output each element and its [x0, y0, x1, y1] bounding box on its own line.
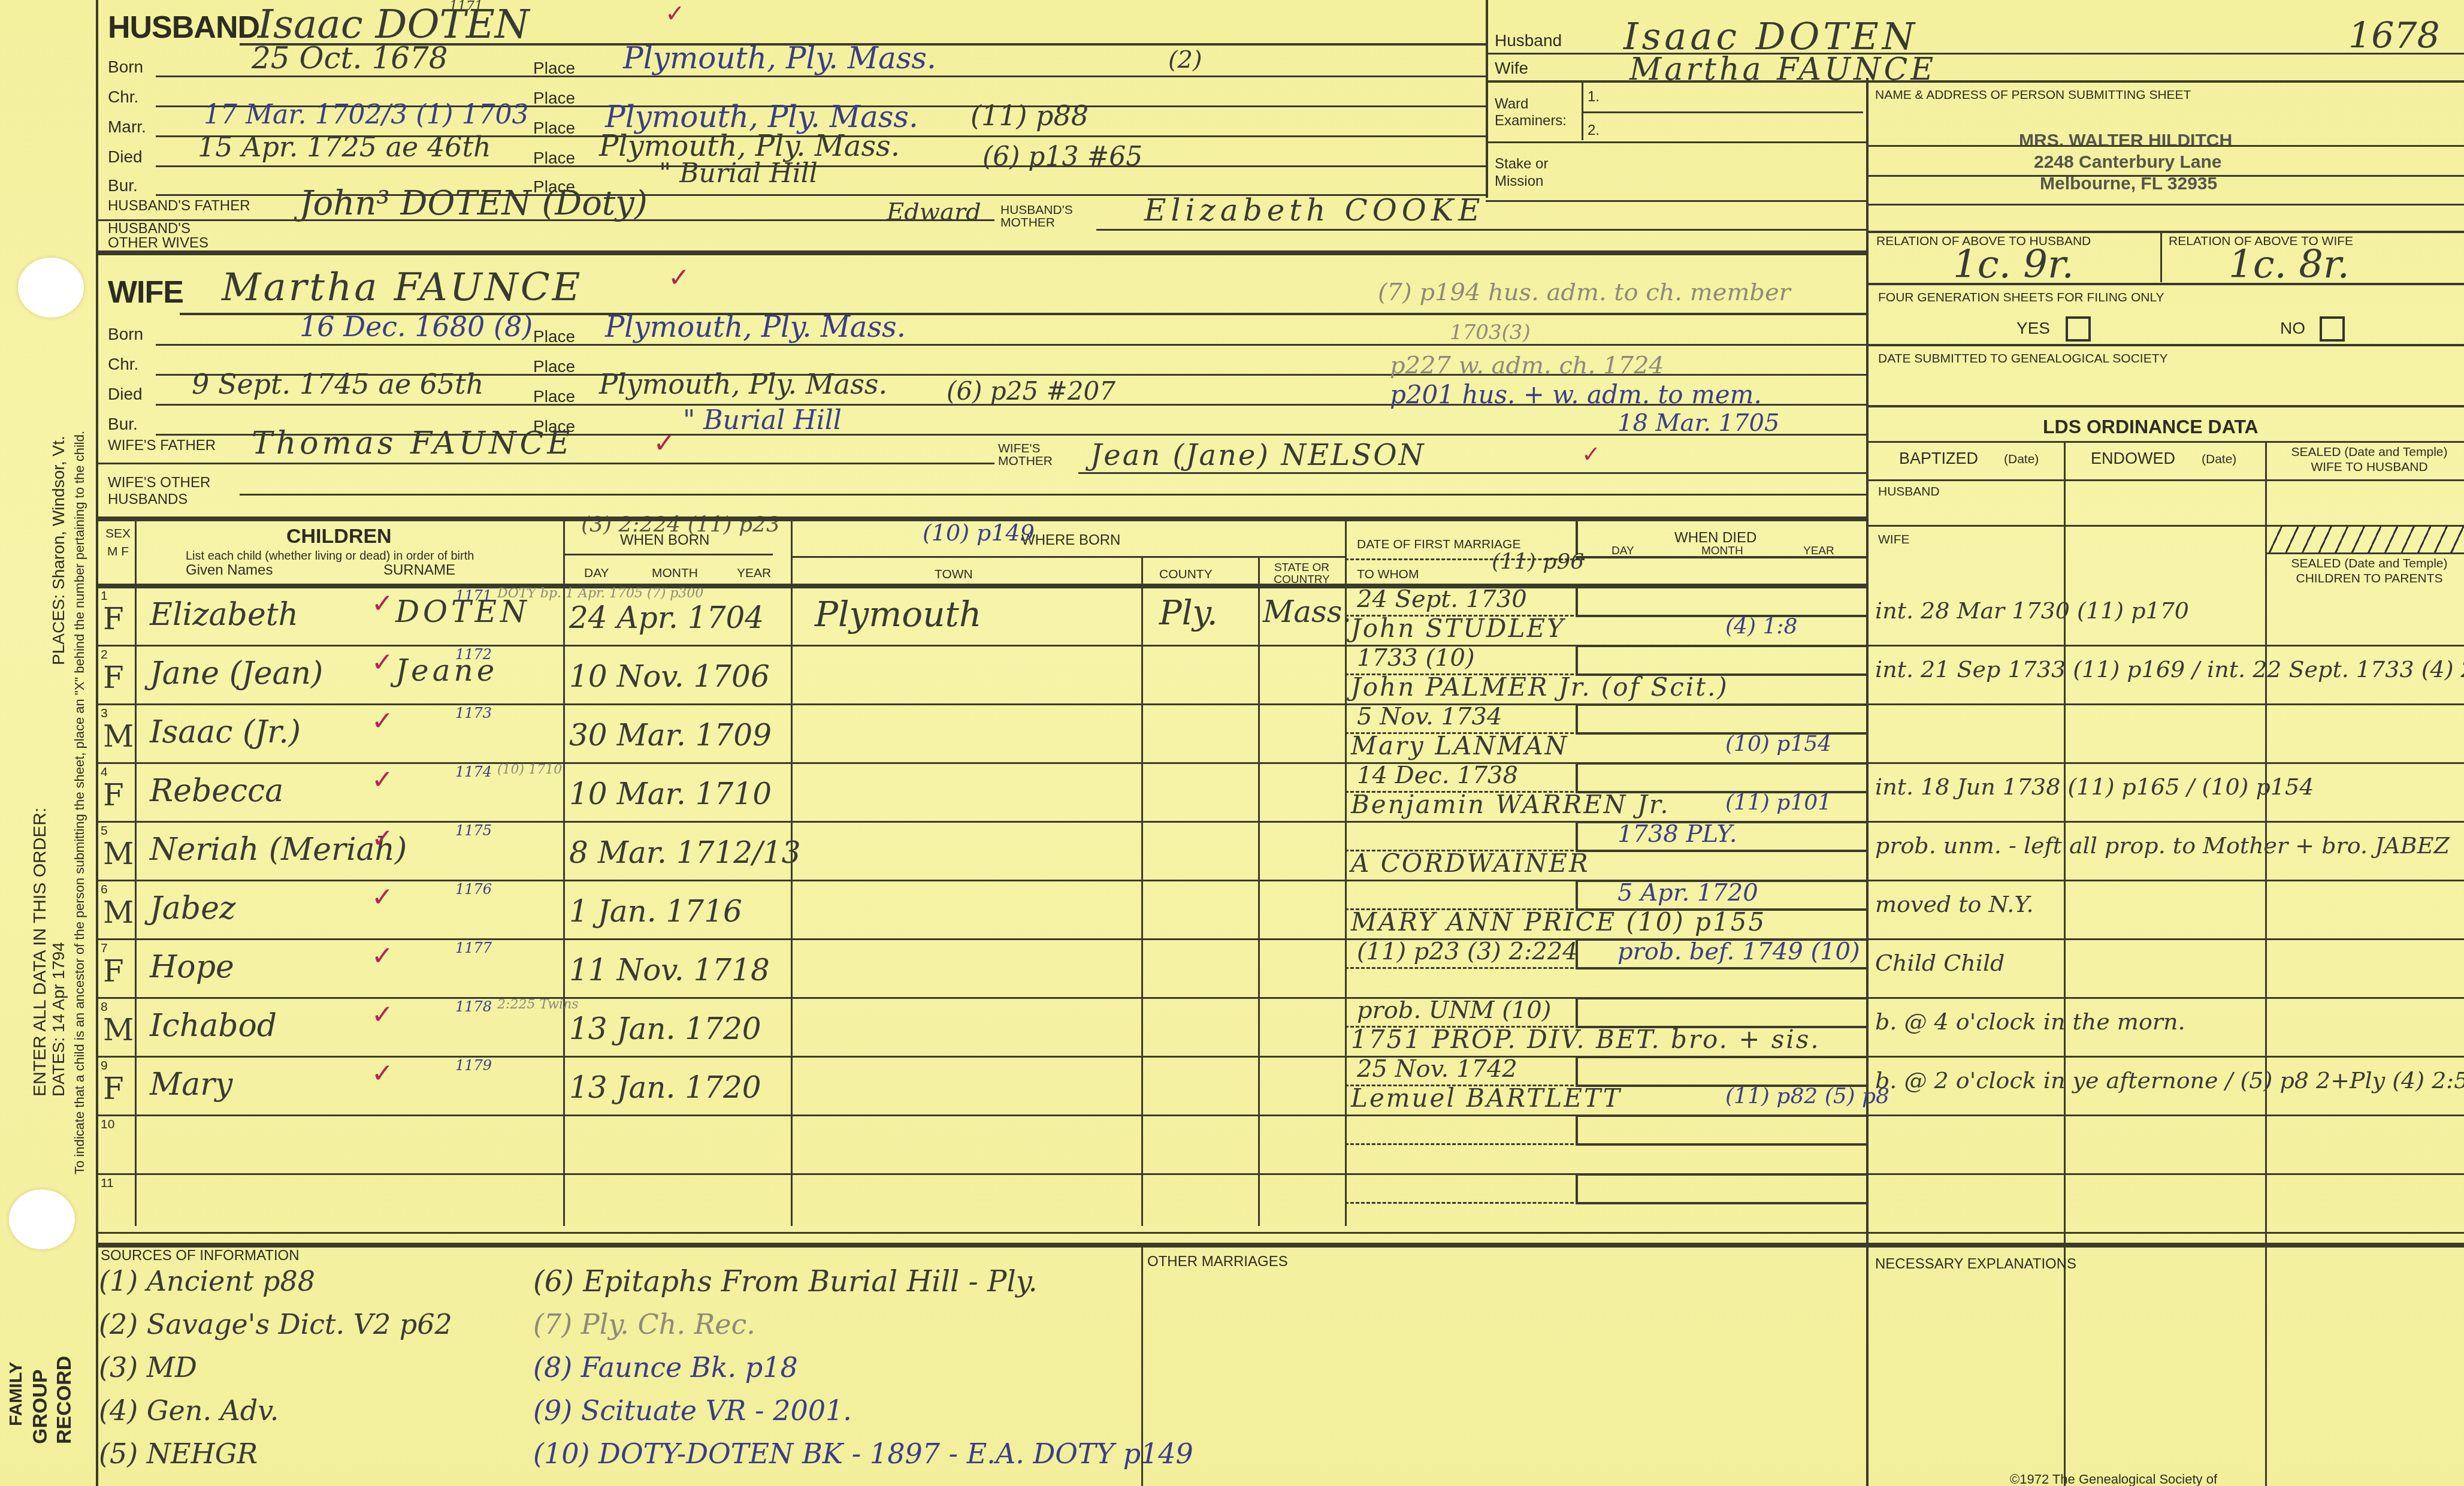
child-spouse[interactable]: 1751 PROP. DIV. BET. bro. + sis.	[1351, 1027, 1821, 1052]
four-gen-label: FOUR GENERATION SHEETS FOR FILING ONLY	[1878, 291, 2164, 304]
given-names-header: Given Names	[186, 563, 273, 578]
children-hint: List each child (whether living or dead)…	[186, 550, 474, 562]
source-item: (1) Ancient p88	[99, 1267, 315, 1295]
sealed-hatch	[2266, 526, 2464, 552]
notes-divider	[1866, 703, 2464, 705]
notes-divider	[1866, 1232, 2464, 1234]
year-header: YEAR	[737, 567, 771, 579]
husband-died-label: Died	[108, 149, 143, 165]
row-divider	[96, 1232, 1345, 1234]
first-marriage-note: (11) p96	[1492, 551, 1584, 573]
row-divider	[96, 1173, 1345, 1175]
punch-hole-bottom	[9, 1189, 75, 1249]
notes-divider	[1866, 821, 2464, 823]
wife-mother-label: WIFE'S MOTHER	[998, 442, 1082, 467]
husband-section-label: HUSBAND	[108, 12, 259, 43]
child-sex[interactable]: F	[103, 663, 124, 693]
when-born-note: (3) 2:224 (11) p23	[581, 514, 780, 536]
header-year: 1678	[2348, 18, 2440, 54]
form-title-group: GROUP	[29, 1369, 52, 1444]
husband-born-label: Born	[108, 59, 143, 75]
child-birth-note: DOTY bp. 1 Apr. 1705 (7) p300	[497, 587, 703, 600]
child-number: 3	[101, 707, 108, 720]
header-husband-name[interactable]: Isaac DOTEN	[1623, 18, 1918, 55]
wife-church-note-2: 1703(3)	[1450, 322, 1531, 343]
child-number: 10	[101, 1118, 114, 1131]
source-item: (10) DOTY-DOTEN BK - 1897 - E.A. DOTY p1…	[533, 1440, 1193, 1467]
child-birth-date[interactable]: 10 Nov. 1706	[569, 662, 770, 691]
husband-bur-label: Bur.	[108, 177, 138, 194]
wife-check-mark: ✓	[668, 262, 690, 293]
state-header: STATE OR COUNTRY	[1263, 562, 1341, 586]
child-notes[interactable]: Child Child	[1875, 952, 2005, 974]
died-box-top	[1576, 1114, 1866, 1117]
died-box-bottom	[1576, 615, 1866, 617]
child-check-mark: ✓	[371, 999, 394, 1030]
child-record-id: 1175	[455, 823, 492, 838]
first-marriage-header: DATE OF FIRST MARRIAGE	[1357, 538, 1520, 551]
died-box-top	[1576, 703, 1866, 706]
wife-born-place[interactable]: Plymouth, Ply. Mass.	[605, 313, 906, 342]
child-record-id: 1176	[455, 882, 492, 896]
child-notes[interactable]: b. @ 4 o'clock in the morn.	[1875, 1010, 2185, 1033]
child-record-id: 1179	[455, 1058, 492, 1073]
spouse-divider	[1345, 1232, 1866, 1234]
child-notes[interactable]: int. 28 Mar 1730 (11) p170	[1875, 599, 2189, 622]
sources-label: SOURCES OF INFORMATION	[101, 1249, 300, 1263]
child-birth-note: (10) 1710	[497, 763, 562, 777]
husband-father-label: HUSBAND'S FATHER	[108, 199, 250, 213]
child-number: 8	[101, 1001, 108, 1013]
ancestor-instruction: To indicate that a child is an ancestor …	[72, 431, 87, 1174]
wife-died-date[interactable]: 9 Sept. 1745 ae 65th	[192, 370, 483, 398]
died-box-bottom	[1576, 967, 1866, 969]
husband-other-wives-label: HUSBAND'S OTHER WIVES	[108, 222, 228, 250]
row-divider	[96, 645, 1345, 647]
relation-wife-value[interactable]: 1c. 8r.	[2229, 246, 2350, 284]
sealed-children-label: SEALED (Date and Temple) CHILDREN TO PAR…	[2282, 556, 2456, 586]
lds-title: LDS ORDINANCE DATA	[2043, 417, 2259, 436]
child-notes[interactable]: int. 21 Sep 1733 (11) p169 / int. 22 Sep…	[1875, 658, 2464, 681]
child-spouse[interactable]: MARY ANN PRICE (10) p155	[1351, 910, 1766, 935]
wife-name[interactable]: Martha FAUNCE	[222, 268, 582, 307]
children-header: CHILDREN	[286, 526, 392, 546]
marriage-date-divider	[1345, 1143, 1585, 1145]
died-box-left	[1576, 645, 1578, 673]
husband-died-date[interactable]: 15 Apr. 1725 ae 46th	[198, 133, 491, 161]
wife-born-date[interactable]: 16 Dec. 1680 (8)	[300, 313, 533, 340]
county-header: COUNTY	[1159, 568, 1213, 581]
stake-mission-label: Stake or Mission	[1495, 156, 1561, 191]
died-box-bottom	[1576, 1202, 1866, 1204]
row-divider	[96, 1056, 1345, 1058]
husband-marr-label: Marr.	[108, 119, 146, 135]
notes-divider	[1866, 645, 2464, 647]
marriage-date-divider	[1345, 967, 1585, 969]
baptized-label: BAPTIZED	[1899, 451, 1978, 467]
child-birth-county[interactable]: Ply.	[1159, 597, 1218, 630]
child-marriage-date[interactable]: 1733 (10)	[1357, 646, 1475, 670]
child-marriage-date[interactable]: 5 Nov. 1734	[1357, 705, 1502, 729]
lds-husband-label: HUSBAND	[1878, 485, 1940, 498]
child-spouse[interactable]: John STUDLEY	[1351, 616, 1565, 641]
child-birth-date[interactable]: 13 Jan. 1720	[569, 1014, 761, 1044]
child-birth-town[interactable]: Plymouth	[815, 597, 981, 632]
wife-died-place[interactable]: Plymouth, Ply. Mass.	[599, 370, 887, 398]
husband-mother[interactable]: Elizabeth COOKE	[1144, 195, 1485, 225]
child-notes[interactable]: int. 18 Jun 1738 (11) p165 / (10) p154	[1875, 775, 2314, 798]
died-box-bottom	[1576, 1143, 1866, 1146]
wife-born-label: Born	[108, 326, 143, 343]
notes-divider	[1866, 938, 2464, 940]
no-label: NO	[2280, 320, 2305, 337]
died-box-left	[1576, 1056, 1578, 1085]
died-year-header: YEAR	[1803, 545, 1834, 557]
header-husband-label: Husband	[1495, 32, 1562, 49]
source-item: (9) Scituate VR - 2001.	[533, 1397, 852, 1424]
died-box-top	[1576, 586, 1866, 588]
child-birth-date[interactable]: 1 Jan. 1716	[569, 896, 742, 926]
wife-father[interactable]: Thomas FAUNCE	[252, 428, 573, 459]
child-sex[interactable]: M	[103, 1015, 134, 1045]
child-marriage-date[interactable]: 25 Nov. 1742	[1357, 1057, 1517, 1081]
husband-name[interactable]: Isaac DOTEN	[258, 5, 530, 44]
to-whom-header: TO WHOM	[1357, 568, 1419, 581]
child-notes[interactable]: b. @ 2 o'clock in ye afternone / (5) p8 …	[1875, 1069, 2464, 1092]
child-spouse[interactable]: Mary LANMAN	[1351, 733, 1568, 759]
submitter-name[interactable]: MRS. WALTER HILDITCH	[2019, 132, 2232, 150]
child-given-name[interactable]: Isaac (Jr.)	[150, 717, 301, 748]
place-label: Place	[533, 388, 575, 405]
husband-marr-date[interactable]: 17 Mar. 1702/3 (1) 1703	[204, 102, 529, 128]
row-divider	[96, 703, 1345, 705]
child-given-name[interactable]: Elizabeth	[150, 599, 298, 630]
died-box-left	[1576, 1173, 1578, 1202]
row-divider	[96, 1114, 1345, 1116]
town-header: TOWN	[935, 568, 973, 581]
child-sex[interactable]: M	[103, 721, 134, 751]
husband-mother-label: HUSBAND'S MOTHER	[1000, 204, 1090, 229]
child-number: 5	[101, 824, 108, 837]
child-spouse-note: (4) 1:8	[1725, 616, 1797, 638]
child-number: 9	[101, 1059, 108, 1072]
child-check-mark: ✓	[371, 882, 394, 913]
wife-father-label: WIFE'S FATHER	[108, 439, 216, 453]
wife-section-label: WIFE	[108, 277, 183, 308]
died-box-left	[1576, 703, 1578, 732]
husband-marr-source: (11) p88	[971, 102, 1089, 129]
child-check-mark: ✓	[371, 823, 394, 854]
child-check-mark: ✓	[371, 647, 394, 678]
child-birth-date[interactable]: 10 Mar. 1710	[569, 779, 772, 809]
child-record-id: 1173	[455, 706, 492, 720]
died-box-top	[1576, 762, 1866, 765]
necessary-explanations-label: NECESSARY EXPLANATIONS	[1875, 1257, 2076, 1271]
child-spouse-note: (10) p154	[1725, 733, 1831, 755]
husband-born-date[interactable]: 25 Oct. 1678	[252, 43, 448, 73]
child-birth-state[interactable]: Mass.	[1263, 597, 1352, 627]
form-title-family: FAMILY	[6, 1362, 26, 1426]
other-marriages-label: OTHER MARRIAGES	[1147, 1255, 1288, 1269]
row-divider	[96, 762, 1345, 764]
row-divider	[96, 997, 1345, 999]
husband-born-source: (2)	[1168, 48, 1202, 72]
source-item: (2) Savage's Dict. V2 p62	[99, 1310, 452, 1338]
child-given-name[interactable]: Ichabod	[150, 1010, 277, 1041]
place-label: Place	[533, 328, 575, 345]
ward-examiners-label: Ward Examiners:	[1495, 96, 1567, 129]
baptized-date-hint: (Date)	[2004, 453, 2039, 466]
yes-label: YES	[2016, 320, 2050, 337]
notes-divider	[1866, 1056, 2464, 1058]
sealed-wife-label: SEALED (Date and Temple) WIFE TO HUSBAND	[2282, 445, 2456, 475]
child-check-mark: ✓	[371, 706, 394, 736]
died-box-top	[1576, 1056, 1866, 1058]
source-item: (7) Ply. Ch. Rec.	[533, 1310, 755, 1338]
when-died-header: WHEN DIED	[1674, 531, 1756, 545]
relation-husband-value[interactable]: 1c. 9r.	[1953, 246, 2074, 284]
child-record-id: 1171	[455, 588, 492, 603]
wife-church-note-1: (7) p194 hus. adm. to ch. member	[1378, 280, 1791, 304]
child-check-mark: ✓	[371, 588, 394, 619]
child-number: 11	[101, 1177, 114, 1189]
child-record-id: 1172	[455, 647, 492, 662]
child-record-id: 1178	[455, 999, 492, 1014]
source-item: (3) MD	[99, 1354, 197, 1381]
died-box-left	[1576, 880, 1578, 908]
child-sex[interactable]: M	[103, 898, 134, 928]
places-example: PLACES: Sharon, Windsor, Vt.	[49, 436, 68, 665]
husband-father[interactable]: John³ DOTEN (Doty)	[300, 187, 648, 221]
child-sex[interactable]: F	[103, 780, 124, 810]
child-marriage-date[interactable]: 14 Dec. 1738	[1357, 763, 1518, 787]
child-check-mark: ✓	[371, 1058, 394, 1089]
examiner-2[interactable]: 2.	[1588, 123, 1600, 138]
wife-chr-label: Chr.	[108, 356, 138, 373]
died-box-bottom	[1576, 850, 1866, 852]
died-day-header: DAY	[1612, 545, 1634, 557]
right-column-divider	[1866, 78, 1869, 1486]
month-header: MONTH	[652, 567, 698, 579]
husband-id-note: 1171	[449, 0, 483, 13]
place-label: Place	[533, 150, 575, 167]
wife-bur-label: Bur.	[108, 416, 138, 433]
child-sex[interactable]: F	[103, 956, 124, 986]
child-number: 2	[101, 648, 108, 661]
endowed-label: ENDOWED	[2091, 451, 2175, 467]
child-given-name[interactable]: Jabez	[150, 893, 235, 924]
submitter-address-2[interactable]: Melbourne, FL 32935	[2040, 175, 2217, 193]
died-box-top	[1576, 1173, 1866, 1176]
child-birth-date[interactable]: 13 Jan. 1720	[569, 1073, 761, 1103]
wife-died-source: (6) p25 #207	[947, 379, 1115, 404]
child-number: 1	[101, 590, 108, 602]
place-label: Place	[533, 358, 575, 375]
child-number: 7	[101, 942, 108, 955]
died-box-left	[1576, 821, 1578, 850]
child-birth-date[interactable]: 30 Mar. 1709	[569, 720, 772, 750]
husband-born-place[interactable]: Plymouth, Ply. Mass.	[623, 43, 936, 73]
child-spouse-note: (11) p101	[1725, 792, 1831, 814]
child-record-id: 1177	[455, 941, 492, 955]
surname-header: SURNAME	[383, 563, 455, 578]
wife-other-husbands-label: WIFE'S OTHER HUSBANDS	[108, 475, 228, 508]
wife-mother[interactable]: Jean (Jane) NELSON	[1090, 441, 1425, 470]
row-divider	[96, 821, 1345, 823]
child-check-mark: ✓	[371, 765, 394, 795]
wife-died-label: Died	[108, 386, 143, 403]
child-check-mark: ✓	[371, 941, 394, 971]
day-header: DAY	[584, 567, 609, 579]
submitter-address-1[interactable]: 2248 Canterbury Lane	[2034, 153, 2221, 171]
child-birth-date[interactable]: 24 Apr. 1704	[569, 603, 764, 633]
child-death-date[interactable]: 5 Apr. 1720	[1618, 881, 1758, 905]
punch-hole-top	[18, 258, 84, 318]
husband-check-mark: ✓	[665, 0, 685, 28]
where-born-header: WHERE BORN	[1021, 533, 1120, 548]
child-notes[interactable]: moved to N.Y.	[1875, 893, 2034, 916]
wife-church-note-5: 18 Mar. 1705	[1618, 411, 1779, 435]
died-box-top	[1576, 997, 1866, 999]
submitter-label: NAME & ADDRESS OF PERSON SUBMITTING SHEE…	[1875, 89, 2191, 101]
place-label: Place	[533, 60, 575, 77]
child-given-name[interactable]: Jane (Jean)	[150, 658, 323, 689]
child-death-date[interactable]: 1738 PLY.	[1618, 822, 1737, 846]
child-birth-date[interactable]: 11 Nov. 1718	[569, 955, 770, 985]
notes-divider	[1866, 997, 2464, 999]
child-marriage-date[interactable]: 24 Sept. 1730	[1357, 587, 1527, 611]
child-given-name[interactable]: Neriah (Meriah)	[150, 834, 407, 865]
child-sex[interactable]: F	[103, 604, 124, 634]
header-divider	[1486, 0, 1488, 198]
where-born-note: (10) p149	[923, 521, 1035, 544]
wife-church-note-4: p201 hus. + w. adm. to mem.	[1390, 382, 1762, 407]
child-number: 6	[101, 883, 108, 896]
child-sex[interactable]: M	[103, 839, 134, 869]
wife-mother-check: ✓	[1582, 441, 1601, 467]
lds-wife-label: WIFE	[1878, 533, 1910, 546]
wife-church-note-3: p227 w. adm. ch. 1724	[1390, 354, 1664, 377]
source-item: (6) Epitaphs From Burial Hill - Ply.	[533, 1267, 1038, 1296]
marriage-date-divider	[1345, 1202, 1585, 1204]
no-checkbox[interactable]	[2320, 316, 2345, 342]
child-given-name[interactable]: Mary	[150, 1069, 232, 1100]
child-spouse[interactable]: Benjamin WARREN Jr.	[1351, 792, 1670, 817]
form-title-record: RECORD	[53, 1356, 76, 1444]
notes-divider	[1866, 880, 2464, 881]
child-spouse-note: (11) p82 (5) p8	[1725, 1086, 1889, 1107]
wife-father-check: ✓	[653, 427, 676, 459]
header-wife-label: Wife	[1495, 60, 1528, 77]
endowed-date-hint: (Date)	[2202, 453, 2236, 466]
child-given-name[interactable]: Rebecca	[150, 775, 283, 807]
source-item: (4) Gen. Adv.	[99, 1397, 279, 1424]
child-birth-note: 2:225 Twins	[497, 998, 579, 1011]
place-label: Place	[533, 90, 575, 107]
enter-order-instruction: ENTER ALL DATA IN THIS ORDER:	[30, 808, 50, 1097]
child-sex[interactable]: F	[103, 1074, 124, 1104]
died-month-header: MONTH	[1701, 545, 1743, 557]
child-number: 4	[101, 766, 108, 778]
husband-bur-place[interactable]: " Burial Hill	[659, 161, 818, 187]
child-spouse[interactable]: John PALMER Jr. (of Scit.)	[1351, 675, 1729, 700]
died-box-left	[1576, 762, 1578, 791]
dates-example: DATES: 14 Apr 1794	[49, 942, 68, 1097]
notes-divider	[1866, 1114, 2464, 1116]
child-marriage-date[interactable]: prob. UNM (10)	[1357, 998, 1551, 1022]
died-box-left	[1576, 997, 1578, 1026]
date-submitted-label: DATE SUBMITTED TO GENEALOGICAL SOCIETY	[1878, 352, 2167, 365]
husband-chr-label: Chr.	[108, 89, 138, 105]
died-box-left	[1576, 586, 1578, 615]
died-box-left	[1576, 1114, 1578, 1143]
husband-died-place[interactable]: Plymouth, Ply. Mass.	[599, 132, 900, 161]
place-label: Place	[533, 120, 575, 137]
child-death-date[interactable]: prob. bef. 1749 (10)	[1618, 940, 1860, 964]
examiner-1[interactable]: 1.	[1588, 90, 1600, 104]
child-marriage-date[interactable]: (11) p23 (3) 2:224	[1357, 940, 1578, 964]
child-notes[interactable]: prob. unm. - left all prop. to Mother + …	[1875, 834, 2450, 857]
yes-checkbox[interactable]	[2066, 316, 2091, 342]
notes-divider	[1866, 762, 2464, 764]
child-spouse[interactable]: Lemuel BARTLETT	[1351, 1086, 1622, 1111]
source-item: (5) NEHGR	[99, 1440, 258, 1467]
died-box-top	[1576, 645, 1866, 647]
row-divider	[96, 938, 1345, 940]
source-item: (8) Faunce Bk. p18	[533, 1354, 798, 1381]
child-spouse[interactable]: A CORDWAINER	[1351, 851, 1590, 876]
row-divider	[96, 880, 1345, 881]
notes-divider	[1866, 1173, 2464, 1175]
left-border	[96, 0, 98, 1486]
child-birth-date[interactable]: 8 Mar. 1712/13	[569, 838, 801, 868]
husband-marr-place[interactable]: Plymouth, Ply. Mass.	[605, 102, 918, 132]
copyright: ©1972 The Genealogical Society of	[2010, 1473, 2217, 1486]
wife-bur-place[interactable]: " Burial Hill	[683, 407, 842, 434]
child-given-name[interactable]: Hope	[150, 952, 234, 983]
sex-header: SEX M F	[103, 525, 133, 561]
child-record-id: 1174	[455, 765, 492, 779]
